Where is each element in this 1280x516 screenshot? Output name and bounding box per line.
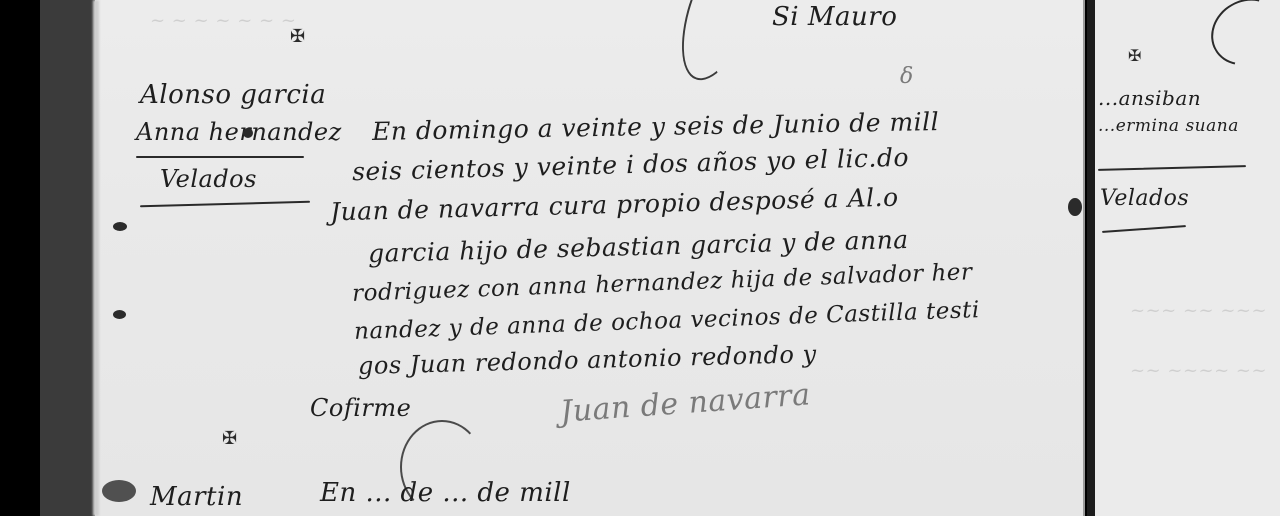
next-entry-line-1: En ... de ... de mill [320,478,571,508]
next-entry-margin-name: Martin [150,482,243,512]
cross-mark-icon: ✠ [290,26,305,47]
page-edge [93,0,99,516]
rubric-mark: δ [900,64,914,89]
top-signature: Si Mauro [772,2,897,32]
ink-blot [102,480,136,502]
cross-mark-icon: ✠ [222,428,237,449]
cross-mark-icon: ✠ [1128,46,1141,65]
margin-bride-name: Anna hernandez [136,118,342,146]
ink-blot [243,128,253,138]
bleed-through-text: ~ ~ ~ ~ ~ ~ ~ [150,10,296,31]
bleed-through-text: ~~~ ~~ ~~~ [1130,300,1267,321]
scan-border [0,0,40,516]
ink-blot [113,310,126,319]
ink-blot [1068,198,1082,216]
margin-status: Velados [160,165,257,193]
scanned-manuscript-page: ~ ~ ~ ~ ~ ~ ~ ~~~ ~~ ~~~ ~~ ~~~~ ~~ Si M… [0,0,1280,516]
page-gutter [1087,0,1095,516]
right-margin-status: Velados [1100,186,1189,211]
margin-underline [136,156,304,158]
right-margin-name-2: ...ermina suana [1098,116,1239,136]
book-binding [40,0,96,516]
right-page [1095,0,1280,516]
confirm-label: Cofirme [310,394,411,422]
margin-groom-name: Alonso garcia [140,80,326,110]
right-margin-name-1: ...ansiban [1098,86,1201,110]
gutter-shadow [1083,0,1085,516]
bleed-through-text: ~~ ~~~~ ~~ [1130,360,1267,381]
ink-blot [113,222,127,231]
